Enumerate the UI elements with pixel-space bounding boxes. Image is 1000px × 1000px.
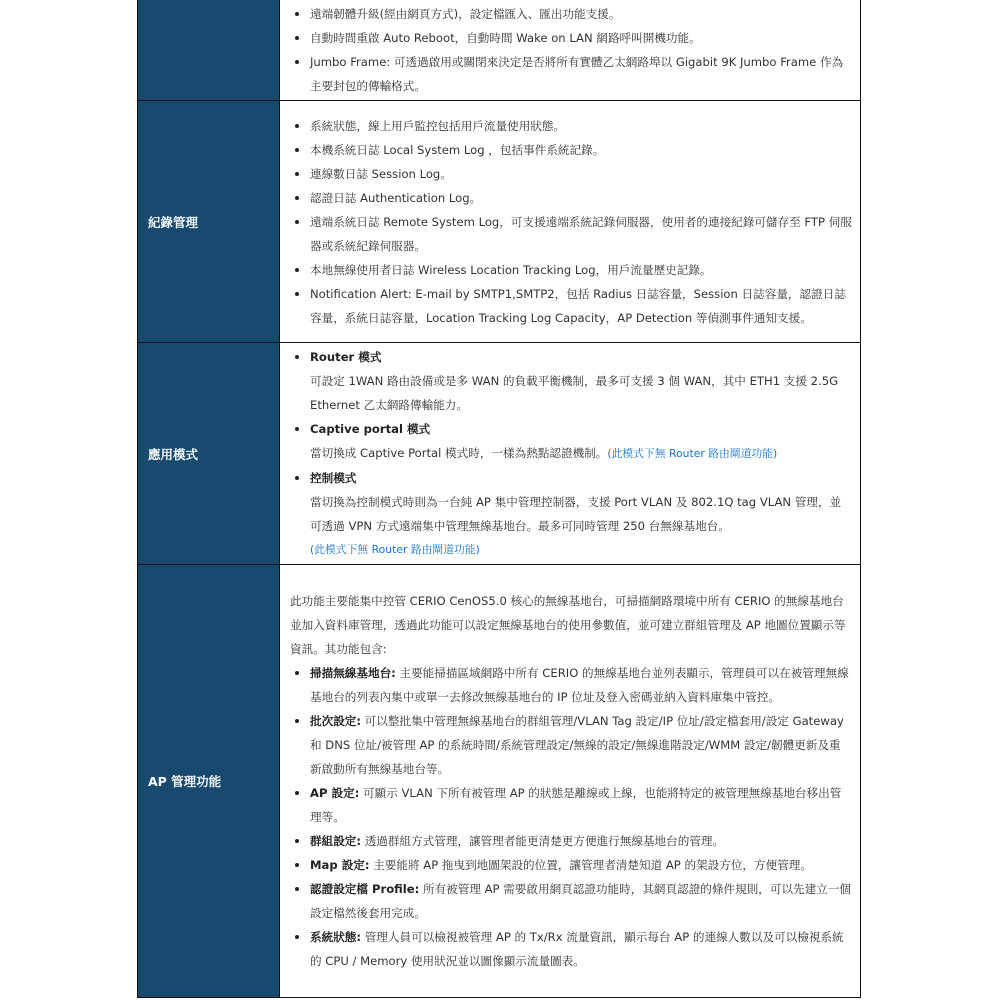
list-item: 認證設定檔 Profile: 所有被管理 AP 需要啟用網頁認證功能時，其網頁認… xyxy=(290,877,852,925)
mode-title: Captive portal 模式 xyxy=(310,417,852,441)
row-label: 紀錄管理 xyxy=(138,101,280,343)
mode-item-router: Router 模式 可設定 1WAN 路由設備或是多 WAN 的負載平衡機制，最… xyxy=(290,345,852,417)
mode-note: (此模式下無 Router 路由閘道功能) xyxy=(310,538,852,562)
feature-desc: 可顯示 VLAN 下所有被管理 AP 的狀態是離線或上線，也能將特定的被管理無線… xyxy=(310,786,841,824)
mode-desc: 當切換為控制模式時則為一台純 AP 集中管理控制器，支援 Port VLAN 及… xyxy=(310,495,841,533)
list-item: 掃描無線基地台: 主要能掃描區域網路中所有 CERIO 的無線基地台並列表顯示，… xyxy=(290,661,852,709)
feature-title: Map 設定: xyxy=(310,858,370,872)
list-item: 系統狀態: 管理人員可以檢視被管理 AP 的 Tx/Rx 流量資訊，顯示每台 A… xyxy=(290,925,852,973)
list-item: 連線數日誌 Session Log。 xyxy=(290,162,852,186)
mode-title: 控制模式 xyxy=(310,466,852,490)
row-label xyxy=(138,0,280,101)
list-item: 群組設定: 透過群組方式管理，讓管理者能更清楚更方便進行無線基地台的管理。 xyxy=(290,829,852,853)
list-item: 認證日誌 Authentication Log。 xyxy=(290,186,852,210)
mode-item-controller: 控制模式 當切換為控制模式時則為一台純 AP 集中管理控制器，支援 Port V… xyxy=(290,466,852,562)
feature-desc: 可以整批集中管理無線基地台的群組管理/VLAN Tag 設定/IP 位址/設定檔… xyxy=(310,714,844,776)
row-content: 此功能主要能集中控管 CERIO CenOS5.0 核心的無線基地台，可掃描網路… xyxy=(280,565,861,998)
list-item: 遠端系統日誌 Remote System Log，可支援遠端系統記錄伺服器，使用… xyxy=(290,210,852,258)
list-item: Notification Alert: E-mail by SMTP1,SMTP… xyxy=(290,282,852,330)
spec-row-ap-management: AP 管理功能 此功能主要能集中控管 CERIO CenOS5.0 核心的無線基… xyxy=(138,565,861,998)
feature-title: 認證設定檔 Profile: xyxy=(310,882,419,896)
feature-title: 批次設定: xyxy=(310,714,361,728)
list-item: 本機系統日誌 Local System Log ，包括事件系統記錄。 xyxy=(290,138,852,162)
feature-list: 掃描無線基地台: 主要能掃描區域網路中所有 CERIO 的無線基地台並列表顯示，… xyxy=(290,661,852,973)
feature-list: 系統狀態，線上用戶監控包括用戶流量使用狀態。 本機系統日誌 Local Syst… xyxy=(290,114,852,330)
mode-list: Router 模式 可設定 1WAN 路由設備或是多 WAN 的負載平衡機制，最… xyxy=(290,345,852,562)
row-label: 應用模式 xyxy=(138,343,280,565)
list-item: 批次設定: 可以整批集中管理無線基地台的群組管理/VLAN Tag 設定/IP … xyxy=(290,709,852,781)
list-item: 本地無線使用者日誌 Wireless Location Tracking Log… xyxy=(290,258,852,282)
feature-desc: 透過群組方式管理，讓管理者能更清楚更方便進行無線基地台的管理。 xyxy=(361,834,724,848)
list-item: Jumbo Frame: 可透過啟用或關閉來決定是否將所有實體乙太網路埠以 Gi… xyxy=(290,50,852,98)
spec-row-firmware: 遠端韌體升級(經由網頁方式)，設定檔匯入、匯出功能支援。 自動時間重啟 Auto… xyxy=(138,0,861,101)
feature-list: 遠端韌體升級(經由網頁方式)，設定檔匯入、匯出功能支援。 自動時間重啟 Auto… xyxy=(290,2,852,98)
list-item: Map 設定: 主要能將 AP 拖曳到地圖架設的位置，讓管理者清楚知道 AP 的… xyxy=(290,853,852,877)
spec-table: 遠端韌體升級(經由網頁方式)，設定檔匯入、匯出功能支援。 自動時間重啟 Auto… xyxy=(137,0,861,998)
spec-row-application-mode: 應用模式 Router 模式 可設定 1WAN 路由設備或是多 WAN 的負載平… xyxy=(138,343,861,565)
section-intro: 此功能主要能集中控管 CERIO CenOS5.0 核心的無線基地台，可掃描網路… xyxy=(290,589,852,661)
mode-title: Router 模式 xyxy=(310,345,852,369)
feature-title: AP 設定: xyxy=(310,786,359,800)
list-item: 遠端韌體升級(經由網頁方式)，設定檔匯入、匯出功能支援。 xyxy=(290,2,852,26)
mode-note: (此模式下無 Router 路由閘道功能) xyxy=(607,447,777,460)
row-content: Router 模式 可設定 1WAN 路由設備或是多 WAN 的負載平衡機制，最… xyxy=(280,343,861,565)
feature-title: 系統狀態: xyxy=(310,930,361,944)
mode-desc: 可設定 1WAN 路由設備或是多 WAN 的負載平衡機制，最多可支援 3 個 W… xyxy=(310,374,838,412)
mode-desc: 當切換成 Captive Portal 模式時，一樣為熱點認證機制。 xyxy=(310,446,607,460)
list-item: AP 設定: 可顯示 VLAN 下所有被管理 AP 的狀態是離線或上線，也能將特… xyxy=(290,781,852,829)
row-content: 遠端韌體升級(經由網頁方式)，設定檔匯入、匯出功能支援。 自動時間重啟 Auto… xyxy=(280,0,861,101)
row-label: AP 管理功能 xyxy=(138,565,280,998)
feature-title: 群組設定: xyxy=(310,834,361,848)
feature-desc: 管理人員可以檢視被管理 AP 的 Tx/Rx 流量資訊，顯示每台 AP 的連線人… xyxy=(310,930,844,968)
feature-desc: 主要能將 AP 拖曳到地圖架設的位置，讓管理者清楚知道 AP 的架設方位，方便管… xyxy=(370,858,812,872)
feature-title: 掃描無線基地台: xyxy=(310,666,396,680)
row-content: 系統狀態，線上用戶監控包括用戶流量使用狀態。 本機系統日誌 Local Syst… xyxy=(280,101,861,343)
list-item: 自動時間重啟 Auto Reboot，自動時間 Wake on LAN 網路呼叫… xyxy=(290,26,852,50)
spec-row-log-management: 紀錄管理 系統狀態，線上用戶監控包括用戶流量使用狀態。 本機系統日誌 Local… xyxy=(138,101,861,343)
mode-item-captive-portal: Captive portal 模式 當切換成 Captive Portal 模式… xyxy=(290,417,852,466)
list-item: 系統狀態，線上用戶監控包括用戶流量使用狀態。 xyxy=(290,114,852,138)
